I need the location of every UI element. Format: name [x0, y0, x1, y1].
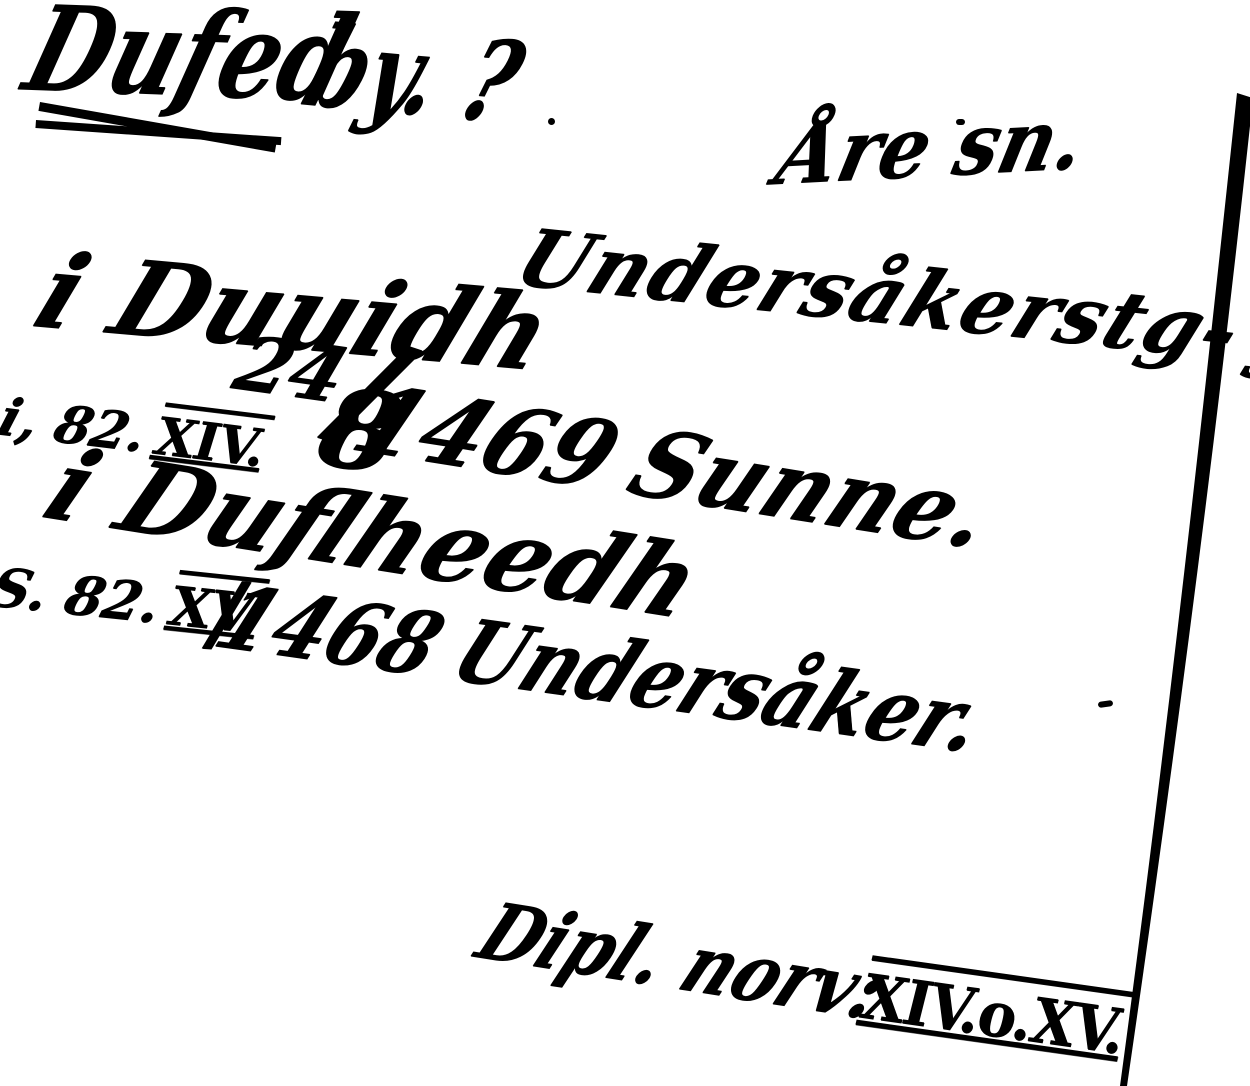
attestation-source-parish: Undersåker.: [437, 600, 1001, 772]
ink-speck: [548, 118, 555, 125]
ink-speck: [956, 119, 965, 125]
ink-speck: [1098, 700, 1114, 708]
margin-page-number: S. 82.: [0, 555, 169, 635]
scanned-handwritten-card: Dufed by. ? Åre sn. Undersåkerstg- Jmt. …: [0, 0, 1250, 1086]
district-label: Undersåkerstg- Jmt.: [506, 218, 1250, 394]
footer-volume-numerals: XIV.o.XV.: [855, 966, 1131, 1063]
footer-source-citation: Dipl. norv:: [467, 892, 898, 1030]
parish-label: Åre sn.: [770, 96, 1093, 197]
heading-annotation: by. ?: [292, 12, 534, 139]
